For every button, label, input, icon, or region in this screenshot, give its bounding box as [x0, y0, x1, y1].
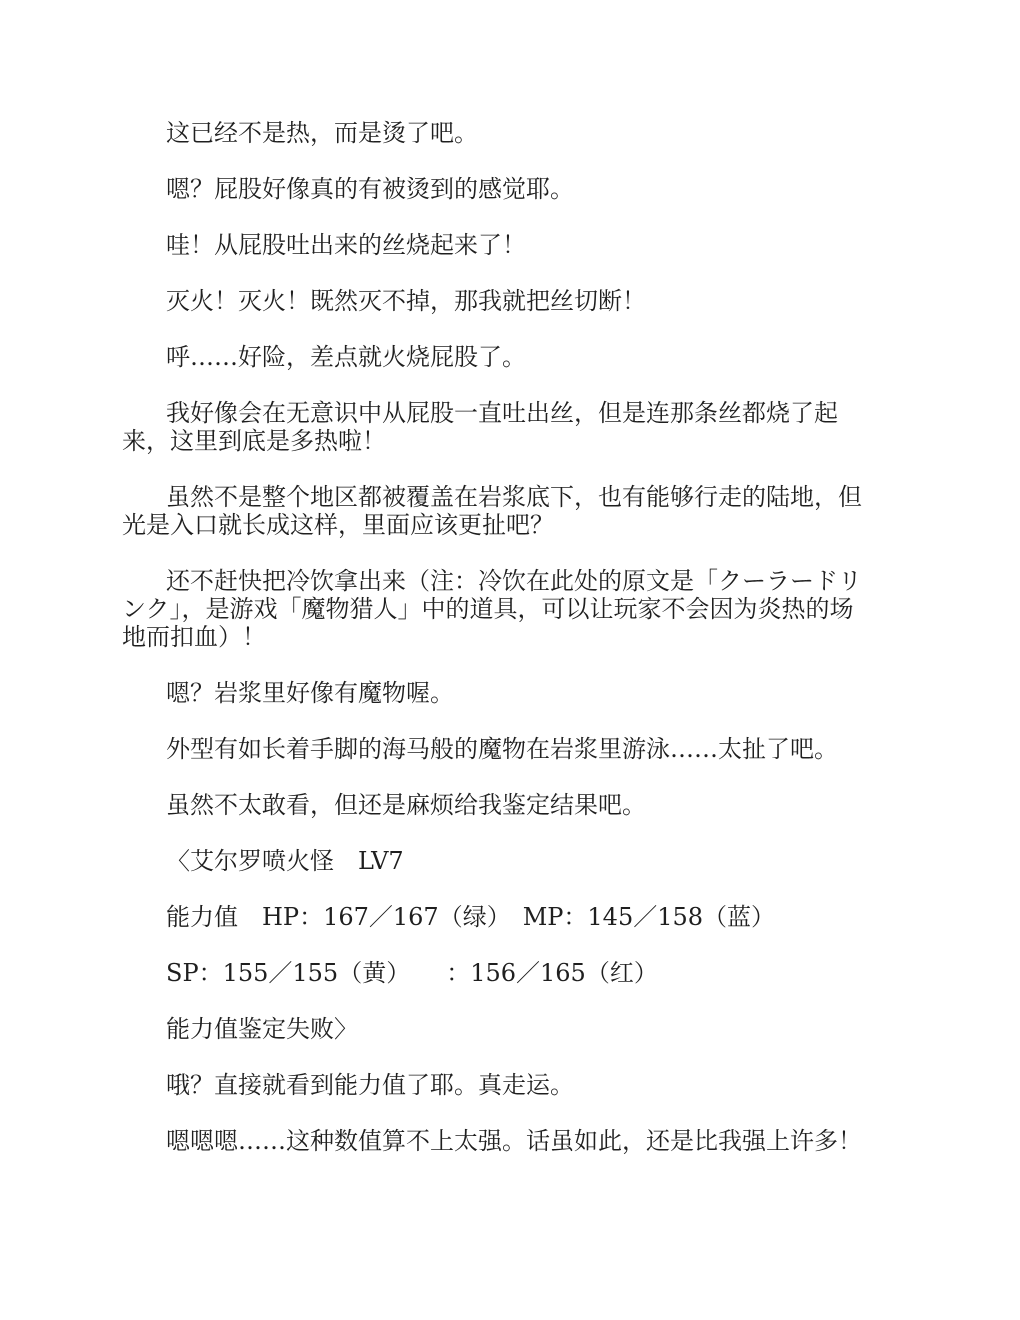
paragraph-10: 外型有如长着手脚的海马般的魔物在岩浆里游泳……太扯了吧。	[122, 735, 922, 763]
paragraph-line: 地而扣血）！	[122, 623, 922, 651]
text-content: 这已经不是热，而是烫了吧。 嗯？屁股好像真的有被烫到的感觉耶。 哇！从屁股吐出来…	[122, 119, 922, 1183]
appraisal-stats-sp-line: SP：155／155（黄） ：156／165（红）	[122, 959, 922, 987]
paragraph-line: 〈艾尔罗喷火怪 LV7	[122, 847, 922, 875]
novel-page: 这已经不是热，而是烫了吧。 嗯？屁股好像真的有被烫到的感觉耶。 哇！从屁股吐出来…	[0, 0, 1020, 1320]
paragraph-line: ンク」，是游戏「魔物猎人」中的道具，可以让玩家不会因为炎热的场	[122, 595, 922, 623]
paragraph-4: 灭火！灭火！既然灭不掉，那我就把丝切断！	[122, 287, 922, 315]
paragraph-17: 嗯嗯嗯……这种数值算不上太强。话虽如此，还是比我强上许多！	[122, 1127, 922, 1155]
paragraph-line: SP：155／155（黄） ：156／165（红）	[122, 959, 922, 987]
paragraph-9: 嗯？岩浆里好像有魔物喔。	[122, 679, 922, 707]
paragraph-line: 虽然不是整个地区都被覆盖在岩浆底下，也有能够行走的陆地，但	[122, 483, 922, 511]
paragraph-line: 外型有如长着手脚的海马般的魔物在岩浆里游泳……太扯了吧。	[122, 735, 922, 763]
paragraph-11: 虽然不太敢看，但还是麻烦给我鉴定结果吧。	[122, 791, 922, 819]
appraisal-stats-hp-mp-line: 能力值 HP：167／167（绿） MP：145／158（蓝）	[122, 903, 922, 931]
paragraph-line: 呼……好险，差点就火烧屁股了。	[122, 343, 922, 371]
paragraph-line: 虽然不太敢看，但还是麻烦给我鉴定结果吧。	[122, 791, 922, 819]
paragraph-16: 哦？直接就看到能力值了耶。真走运。	[122, 1071, 922, 1099]
appraisal-monster-name-line: 〈艾尔罗喷火怪 LV7	[122, 847, 922, 875]
paragraph-line: 能力值鉴定失败〉	[122, 1015, 922, 1043]
paragraph-7: 虽然不是整个地区都被覆盖在岩浆底下，也有能够行走的陆地，但 光是入口就长成这样，…	[122, 483, 922, 539]
paragraph-line: 还不赶快把冷饮拿出来（注：冷饮在此处的原文是「クーラードリ	[122, 567, 922, 595]
appraisal-failed-line: 能力值鉴定失败〉	[122, 1015, 922, 1043]
paragraph-line: 灭火！灭火！既然灭不掉，那我就把丝切断！	[122, 287, 922, 315]
paragraph-line: 光是入口就长成这样，里面应该更扯吧？	[122, 511, 922, 539]
paragraph-6: 我好像会在无意识中从屁股一直吐出丝，但是连那条丝都烧了起 来，这里到底是多热啦！	[122, 399, 922, 455]
paragraph-line: 哇！从屁股吐出来的丝烧起来了！	[122, 231, 922, 259]
paragraph-3: 哇！从屁股吐出来的丝烧起来了！	[122, 231, 922, 259]
paragraph-line: 嗯？岩浆里好像有魔物喔。	[122, 679, 922, 707]
paragraph-line: 这已经不是热，而是烫了吧。	[122, 119, 922, 147]
paragraph-line: 来，这里到底是多热啦！	[122, 427, 922, 455]
paragraph-5: 呼……好险，差点就火烧屁股了。	[122, 343, 922, 371]
paragraph-line: 嗯？屁股好像真的有被烫到的感觉耶。	[122, 175, 922, 203]
paragraph-line: 嗯嗯嗯……这种数值算不上太强。话虽如此，还是比我强上许多！	[122, 1127, 922, 1155]
paragraph-1: 这已经不是热，而是烫了吧。	[122, 119, 922, 147]
paragraph-line: 我好像会在无意识中从屁股一直吐出丝，但是连那条丝都烧了起	[122, 399, 922, 427]
paragraph-2: 嗯？屁股好像真的有被烫到的感觉耶。	[122, 175, 922, 203]
paragraph-line: 哦？直接就看到能力值了耶。真走运。	[122, 1071, 922, 1099]
paragraph-line: 能力值 HP：167／167（绿） MP：145／158（蓝）	[122, 903, 922, 931]
paragraph-8-translator-note: 还不赶快把冷饮拿出来（注：冷饮在此处的原文是「クーラードリ ンク」，是游戏「魔物…	[122, 567, 922, 651]
